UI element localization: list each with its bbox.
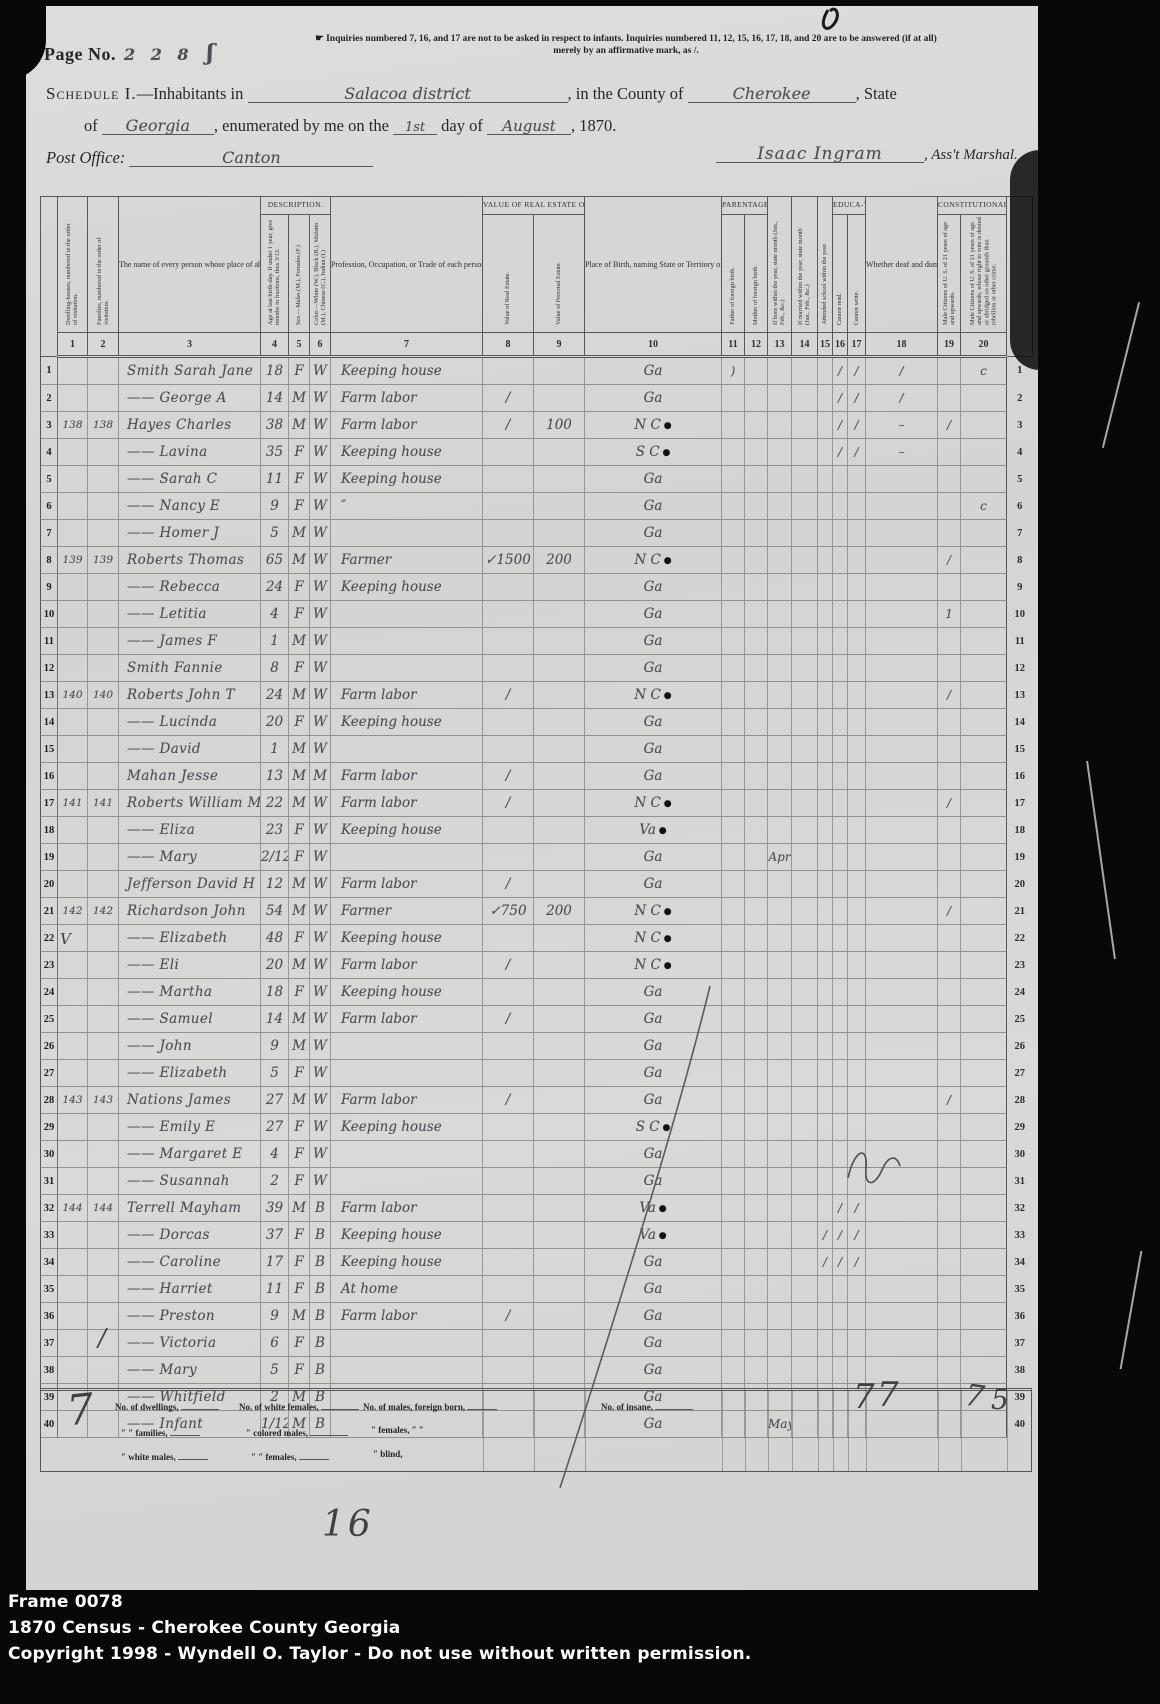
col-header-birthplace: Place of Birth, naming State or Territor… — [585, 197, 722, 333]
cell-voting-denied — [961, 898, 1007, 925]
cell-birth-month — [768, 952, 792, 979]
cell-name: Smith Fannie — [119, 655, 261, 682]
cell-real-estate-value: / — [483, 871, 534, 898]
footer-tally-mark-4: 5 — [991, 1383, 1009, 1416]
cell-cannot-write — [848, 601, 866, 628]
cell-disability — [866, 871, 938, 898]
footer-white-males-label: ″ white males, — [121, 1452, 176, 1462]
col-header-age: Age at last birth-day. If under 1 year, … — [261, 215, 289, 333]
cell-sex: F — [289, 1357, 310, 1384]
cell-disability — [866, 898, 938, 925]
cell-age: 37 — [261, 1222, 289, 1249]
cell-sex: F — [289, 357, 310, 385]
col-header-father-foreign: Father of foreign birth. — [722, 215, 745, 333]
cell-voting-denied — [961, 1303, 1007, 1330]
cell-male-citizen — [938, 466, 961, 493]
cell-occupation: Keeping house — [331, 1222, 483, 1249]
cell-sex: M — [289, 682, 310, 709]
table-row: 34—— Caroline17FBKeeping houseGa///34 — [41, 1249, 1033, 1276]
cell-birthplace: Ga — [585, 1006, 722, 1033]
cell-age: 35 — [261, 439, 289, 466]
cell-birthplace: Ga — [585, 1033, 722, 1060]
cell-cannot-read: / — [833, 412, 848, 439]
cell-male-citizen — [938, 1357, 961, 1384]
cell-birthplace: Ga — [585, 520, 722, 547]
cell-color: W — [310, 493, 331, 520]
cell-personal-estate-value — [534, 844, 585, 871]
birthplace-dot-mark: ● — [661, 421, 672, 431]
cell-voting-denied — [961, 466, 1007, 493]
cell-voting-denied — [961, 655, 1007, 682]
cell-male-citizen — [938, 439, 961, 466]
post-office-line: Post Office: Canton — [46, 148, 373, 168]
cell-occupation — [331, 655, 483, 682]
cell-line-number: 12 — [41, 655, 58, 682]
table-row: 3138138Hayes Charles38MWFarm labor/100N … — [41, 412, 1033, 439]
cell-color: W — [310, 952, 331, 979]
cell-cannot-write — [848, 817, 866, 844]
cell-personal-estate-value — [534, 925, 585, 952]
table-row: 28143143Nations James27MWFarm labor/Ga/2… — [41, 1087, 1033, 1114]
cell-family-number — [88, 439, 119, 466]
cell-sex: F — [289, 1249, 310, 1276]
cell-mother-foreign — [745, 520, 768, 547]
cell-family-number — [88, 871, 119, 898]
cell-male-citizen — [938, 385, 961, 412]
table-row: 9—— Rebecca24FWKeeping houseGa9 — [41, 574, 1033, 601]
cell-attended-school — [818, 1060, 833, 1087]
cell-color: B — [310, 1303, 331, 1330]
cell-cannot-read — [833, 1141, 848, 1168]
birthplace-dot-mark: ● — [656, 1204, 667, 1214]
cell-occupation — [331, 520, 483, 547]
cell-dwelling-number — [58, 1249, 88, 1276]
cell-name: Hayes Charles — [119, 412, 261, 439]
cell-personal-estate-value — [534, 1222, 585, 1249]
caption-copyright: Copyright 1998 - Wyndell O. Taylor - Do … — [8, 1644, 751, 1664]
cell-cannot-read: / — [833, 1222, 848, 1249]
table-row: 37—— Victoria6FBGa37 — [41, 1330, 1033, 1357]
cell-marriage-month — [792, 1357, 818, 1384]
cell-mother-foreign — [745, 817, 768, 844]
cell-cannot-read — [833, 574, 848, 601]
cell-father-foreign — [722, 1330, 745, 1357]
footer-families-label: ″ ″ families, — [121, 1428, 168, 1438]
cell-father-foreign — [722, 790, 745, 817]
cell-birth-month — [768, 979, 792, 1006]
cell-mother-foreign — [745, 385, 768, 412]
cell-personal-estate-value — [534, 979, 585, 1006]
cell-marriage-month — [792, 439, 818, 466]
cell-cannot-write — [848, 1087, 866, 1114]
cell-voting-denied — [961, 520, 1007, 547]
cell-marriage-month — [792, 547, 818, 574]
cell-attended-school — [818, 1303, 833, 1330]
cell-disability — [866, 1087, 938, 1114]
cell-family-number — [88, 357, 119, 385]
cell-color: B — [310, 1357, 331, 1384]
cell-line-number: 6 — [41, 493, 58, 520]
state-value: Georgia — [126, 116, 190, 135]
cell-color: W — [310, 871, 331, 898]
cell-voting-denied — [961, 1168, 1007, 1195]
cell-line-number: 17 — [41, 790, 58, 817]
footer-blind-label: ″ blind, — [373, 1449, 403, 1459]
cell-birthplace: Ga — [585, 979, 722, 1006]
cell-real-estate-value: / — [483, 790, 534, 817]
cell-disability — [866, 817, 938, 844]
cell-birth-month — [768, 1033, 792, 1060]
cell-mother-foreign — [745, 1330, 768, 1357]
cell-personal-estate-value — [534, 1141, 585, 1168]
cell-attended-school — [818, 979, 833, 1006]
cell-personal-estate-value — [534, 385, 585, 412]
cell-dwelling-number — [58, 763, 88, 790]
cell-cannot-read — [833, 871, 848, 898]
cell-age: 2 — [261, 1168, 289, 1195]
cell-mother-foreign — [745, 655, 768, 682]
cell-male-citizen: 1 — [938, 601, 961, 628]
cell-disability — [866, 979, 938, 1006]
cell-real-estate-value — [483, 1357, 534, 1384]
cell-marriage-month — [792, 709, 818, 736]
cell-line-number: 13 — [41, 682, 58, 709]
cell-line-number: 15 — [41, 736, 58, 763]
cell-real-estate-value — [483, 1249, 534, 1276]
cell-marriage-month — [792, 628, 818, 655]
instruction-notes: ☛ Inquiries numbered 7, 16, and 17 are n… — [226, 34, 1026, 58]
cell-mother-foreign — [745, 736, 768, 763]
cell-family-number — [88, 628, 119, 655]
cell-male-citizen — [938, 1249, 961, 1276]
cell-birthplace: Ga — [585, 493, 722, 520]
table-row: 13140140Roberts John T24MWFarm labor/N C… — [41, 682, 1033, 709]
cell-real-estate-value: ✓1500 — [483, 547, 534, 574]
cell-marriage-month — [792, 1195, 818, 1222]
cell-personal-estate-value — [534, 1168, 585, 1195]
cell-name: —— Elizabeth — [119, 925, 261, 952]
cell-personal-estate-value — [534, 1249, 585, 1276]
cell-birthplace: Va ● — [585, 1222, 722, 1249]
cell-color: W — [310, 466, 331, 493]
cell-birth-month — [768, 763, 792, 790]
cell-family-number — [88, 979, 119, 1006]
cell-age: 24 — [261, 574, 289, 601]
cell-age: 18 — [261, 979, 289, 1006]
cell-dwelling-number — [58, 1114, 88, 1141]
cell-line-number: 22 — [41, 925, 58, 952]
cell-cannot-write — [848, 682, 866, 709]
cell-real-estate-value — [483, 979, 534, 1006]
marshal-signature-line: Isaac Ingram, Ass't Marshal. — [716, 144, 1018, 164]
cell-cannot-read — [833, 682, 848, 709]
cell-name: —— Rebecca — [119, 574, 261, 601]
cell-occupation: Farmer — [331, 547, 483, 574]
cell-disability — [866, 547, 938, 574]
cell-name: —— Caroline — [119, 1249, 261, 1276]
cell-age: 38 — [261, 412, 289, 439]
cell-cannot-write — [848, 1060, 866, 1087]
cell-dwelling-number — [58, 1060, 88, 1087]
cell-dwelling-number — [58, 628, 88, 655]
table-row: 27—— Elizabeth5FWGa27 — [41, 1060, 1033, 1087]
district-value: Salacoa district — [344, 84, 471, 103]
cell-mother-foreign — [745, 439, 768, 466]
cell-dwelling-number — [58, 952, 88, 979]
census-scan-page: Page No.2 2 8 ʃ ☛ Inquiries numbered 7, … — [0, 0, 1160, 1704]
table-row: 2—— George A14MWFarm labor/Ga///2 — [41, 385, 1033, 412]
table-row: 8139139Roberts Thomas65MWFarmer✓1500200N… — [41, 547, 1033, 574]
cell-voting-denied — [961, 1276, 1007, 1303]
cell-voting-denied — [961, 1087, 1007, 1114]
cell-male-citizen — [938, 925, 961, 952]
cell-male-citizen — [938, 1195, 961, 1222]
cell-name: —— Elizabeth — [119, 1060, 261, 1087]
cell-name: —— Homer J — [119, 520, 261, 547]
cell-family-number — [88, 520, 119, 547]
cell-birthplace: Ga — [585, 385, 722, 412]
cell-line-number: 28 — [41, 1087, 58, 1114]
col-header-real-estate: Value of Real Estate. — [483, 215, 534, 333]
cell-voting-denied — [961, 979, 1007, 1006]
cell-birthplace: Ga — [585, 763, 722, 790]
cell-cannot-read — [833, 1357, 848, 1384]
cell-attended-school — [818, 1276, 833, 1303]
cell-sex: F — [289, 574, 310, 601]
cell-father-foreign — [722, 763, 745, 790]
cell-family-number — [88, 1141, 119, 1168]
cell-age: 24 — [261, 682, 289, 709]
cell-name: —— Emily E — [119, 1114, 261, 1141]
table-row: 31—— Susannah2FWGa31 — [41, 1168, 1033, 1195]
cell-occupation — [331, 736, 483, 763]
cell-family-number — [88, 1060, 119, 1087]
cell-birth-month — [768, 1087, 792, 1114]
table-row: 25—— Samuel14MWFarm labor/Ga25 — [41, 1006, 1033, 1033]
cell-personal-estate-value — [534, 1033, 585, 1060]
footer-tally-mark-3: 7 — [963, 1378, 987, 1415]
birthplace-dot-mark: ● — [661, 556, 672, 566]
cell-line-number-right: 9 — [1007, 574, 1033, 601]
cell-cannot-read — [833, 628, 848, 655]
cell-birth-month — [768, 1276, 792, 1303]
cell-sex: F — [289, 493, 310, 520]
cell-name: —— Dorcas — [119, 1222, 261, 1249]
cell-color: B — [310, 1330, 331, 1357]
cell-family-number — [88, 1033, 119, 1060]
cell-name: Nations James — [119, 1087, 261, 1114]
cell-line-number: 2 — [41, 385, 58, 412]
cell-line-number-right: 16 — [1007, 763, 1033, 790]
cell-color: W — [310, 520, 331, 547]
cell-personal-estate-value — [534, 1195, 585, 1222]
cell-disability — [866, 1033, 938, 1060]
cell-sex: F — [289, 1141, 310, 1168]
cell-color: B — [310, 1276, 331, 1303]
cell-occupation: Keeping house — [331, 1249, 483, 1276]
cell-color: B — [310, 1249, 331, 1276]
cell-personal-estate-value — [534, 466, 585, 493]
county-label: , in the County of — [568, 84, 684, 103]
cell-birth-month — [768, 357, 792, 385]
cell-cannot-read — [833, 1276, 848, 1303]
cell-sex: M — [289, 385, 310, 412]
cell-line-number-right: 5 — [1007, 466, 1033, 493]
cell-family-number — [88, 952, 119, 979]
cell-voting-denied — [961, 628, 1007, 655]
cell-age: 2/12 — [261, 844, 289, 871]
cell-sex: M — [289, 1303, 310, 1330]
cell-voting-denied — [961, 1033, 1007, 1060]
col-header-family: Families, numbered in the order of visit… — [88, 197, 119, 333]
cell-cannot-read — [833, 844, 848, 871]
cell-father-foreign — [722, 520, 745, 547]
cell-voting-denied — [961, 1060, 1007, 1087]
cell-dwelling-number — [58, 1303, 88, 1330]
cell-personal-estate-value — [534, 817, 585, 844]
col-header-color: Color.—White (W.), Black (B.), Mulatto (… — [310, 215, 331, 333]
cell-father-foreign — [722, 1168, 745, 1195]
cell-birth-month — [768, 1006, 792, 1033]
cell-cannot-write — [848, 628, 866, 655]
paper-sheet: Page No.2 2 8 ʃ ☛ Inquiries numbered 7, … — [26, 6, 1038, 1590]
column-number-row: 12 34 56 78 910 1112 1314 1516 1718 1920 — [41, 333, 1033, 357]
cell-male-citizen: / — [938, 790, 961, 817]
cell-age: 13 — [261, 763, 289, 790]
table-row: 21142142Richardson John54MWFarmer✓750200… — [41, 898, 1033, 925]
group-header-education: Educa-tion. — [833, 197, 866, 215]
cell-birthplace: Ga — [585, 1141, 722, 1168]
cell-dwelling-number — [58, 817, 88, 844]
cell-disability — [866, 1249, 938, 1276]
cell-birth-month — [768, 574, 792, 601]
cell-dwelling-number — [58, 1006, 88, 1033]
cell-occupation: Farmer — [331, 898, 483, 925]
cell-name: —— Margaret E — [119, 1141, 261, 1168]
cell-occupation: Keeping house — [331, 1114, 483, 1141]
cell-real-estate-value: / — [483, 682, 534, 709]
cell-occupation — [331, 1330, 483, 1357]
cell-disability — [866, 466, 938, 493]
cell-birthplace: Ga — [585, 574, 722, 601]
table-row: 22—— Elizabeth48FWKeeping houseN C ●22 — [41, 925, 1033, 952]
cell-attended-school — [818, 357, 833, 385]
cell-name: Mahan Jesse — [119, 763, 261, 790]
cell-cannot-write — [848, 1141, 866, 1168]
cell-cannot-read — [833, 925, 848, 952]
cell-cannot-write — [848, 763, 866, 790]
cell-birthplace: Ga — [585, 357, 722, 385]
cell-marriage-month — [792, 763, 818, 790]
summary-footer-box: No. of dwellings, No. of white females, … — [40, 1388, 1032, 1472]
cell-disability — [866, 1222, 938, 1249]
cell-mother-foreign — [745, 1357, 768, 1384]
cell-personal-estate-value — [534, 1303, 585, 1330]
cell-voting-denied — [961, 925, 1007, 952]
cell-marriage-month — [792, 493, 818, 520]
cell-attended-school — [818, 1006, 833, 1033]
cell-real-estate-value — [483, 1222, 534, 1249]
cell-father-foreign — [722, 1276, 745, 1303]
day-value: 1st — [405, 120, 425, 135]
cell-marriage-month — [792, 601, 818, 628]
cell-name: —— Lucinda — [119, 709, 261, 736]
cell-real-estate-value — [483, 817, 534, 844]
cell-real-estate-value — [483, 925, 534, 952]
cell-attended-school: / — [818, 1222, 833, 1249]
cell-father-foreign — [722, 1060, 745, 1087]
cell-disability — [866, 628, 938, 655]
cell-line-number-right: 6 — [1007, 493, 1033, 520]
cell-father-foreign — [722, 1006, 745, 1033]
cell-line-number-right: 38 — [1007, 1357, 1033, 1384]
cell-attended-school — [818, 709, 833, 736]
cell-occupation: Farm labor — [331, 1006, 483, 1033]
cell-age: 48 — [261, 925, 289, 952]
cell-personal-estate-value — [534, 601, 585, 628]
cell-line-number-right: 27 — [1007, 1060, 1033, 1087]
cell-male-citizen — [938, 844, 961, 871]
cell-family-number — [88, 1168, 119, 1195]
col-header-dwelling: Dwelling-houses, numbered in the order o… — [58, 197, 88, 333]
cell-cannot-read: / — [833, 439, 848, 466]
county-value: Cherokee — [733, 84, 811, 103]
cell-cannot-read — [833, 979, 848, 1006]
cell-male-citizen — [938, 736, 961, 763]
cell-marriage-month — [792, 357, 818, 385]
cell-cannot-read: / — [833, 357, 848, 385]
cell-cannot-write — [848, 520, 866, 547]
cell-attended-school — [818, 574, 833, 601]
cell-cannot-write — [848, 655, 866, 682]
cell-name: —— Victoria — [119, 1330, 261, 1357]
cell-sex: F — [289, 1330, 310, 1357]
cell-male-citizen: / — [938, 412, 961, 439]
cell-attended-school — [818, 439, 833, 466]
cell-family-number — [88, 817, 119, 844]
cell-occupation: Keeping house — [331, 439, 483, 466]
cell-name: Terrell Mayham — [119, 1195, 261, 1222]
cell-sex: M — [289, 412, 310, 439]
cell-occupation — [331, 1168, 483, 1195]
cell-male-citizen — [938, 1276, 961, 1303]
cell-occupation — [331, 628, 483, 655]
cell-occupation: Farm labor — [331, 790, 483, 817]
cell-dwelling-number — [58, 493, 88, 520]
cell-cannot-write — [848, 1033, 866, 1060]
cell-attended-school — [818, 817, 833, 844]
birthplace-dot-mark: ● — [661, 961, 672, 971]
cell-birth-month — [768, 1114, 792, 1141]
table-row: 36—— Preston9MBFarm labor/Ga36 — [41, 1303, 1033, 1330]
cell-real-estate-value — [483, 1195, 534, 1222]
cell-disability — [866, 1330, 938, 1357]
cell-male-citizen — [938, 493, 961, 520]
cell-marriage-month — [792, 1087, 818, 1114]
cell-disability: – — [866, 412, 938, 439]
cell-personal-estate-value — [534, 493, 585, 520]
cell-color: W — [310, 1006, 331, 1033]
cell-family-number — [88, 385, 119, 412]
cell-real-estate-value — [483, 655, 534, 682]
cell-birth-month — [768, 1330, 792, 1357]
marshal-signature: Isaac Ingram — [757, 144, 883, 164]
cell-real-estate-value — [483, 1276, 534, 1303]
cell-cannot-read — [833, 952, 848, 979]
cell-male-citizen — [938, 1330, 961, 1357]
cell-personal-estate-value — [534, 736, 585, 763]
cell-cannot-write: / — [848, 412, 866, 439]
